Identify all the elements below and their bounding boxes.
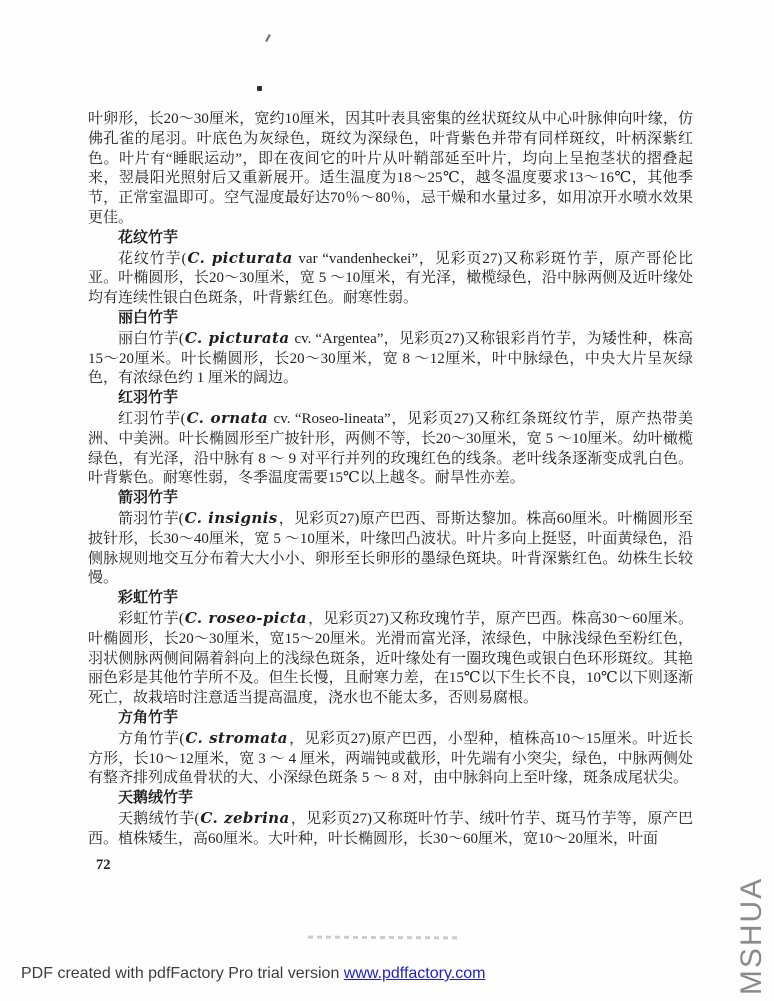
latin-species-name: C. roseo-picta <box>184 609 308 627</box>
latin-species-name: C. ornata <box>186 409 270 427</box>
latin-species-name: C. insignis <box>184 509 279 527</box>
pdffactory-link[interactable]: www.pdffactory.com <box>344 965 486 982</box>
pdf-footer: PDF created with pdfFactory Pro trial ve… <box>21 965 485 983</box>
section-heading: 花纹竹芋 <box>88 229 693 249</box>
intro-paragraph: 叶卵形，长20～30厘米，宽约10厘米，因其叶表具密集的丝状斑纹从中心叶脉伸向叶… <box>88 110 693 229</box>
paragraph-text: 花纹竹芋( <box>118 251 187 267</box>
scan-artifact-line <box>308 936 458 940</box>
species-section: 花纹竹芋花纹竹芋(C. picturata var “vandenheckei”… <box>88 229 693 309</box>
paragraph-text: 红羽竹芋( <box>118 411 186 427</box>
scanned-page: 叶卵形，长20～30厘米，宽约10厘米，因其叶表具密集的丝状斑纹从中心叶脉伸向叶… <box>0 0 774 1001</box>
scan-artifact-dot <box>257 86 262 91</box>
section-paragraph: 方角竹芋(C. stromata，见彩页27)原产巴西，小型种，植株高10～15… <box>88 729 693 789</box>
watermark-mshua: MSHUA <box>734 876 770 996</box>
paragraph-text: 彩虹竹芋( <box>118 611 184 627</box>
species-section: 彩虹竹芋彩虹竹芋(C. roseo-picta，见彩页27)又称玫瑰竹芋，原产巴… <box>88 589 693 709</box>
paragraph-text: 方角竹芋( <box>118 731 184 747</box>
section-heading: 箭羽竹芋 <box>88 489 693 509</box>
section-paragraph: 天鹅绒竹芋(C. zebrina，见彩页27)又称斑叶竹芋、绒叶竹芋、斑马竹芋等… <box>88 809 693 850</box>
scan-artifact-speck <box>265 34 271 42</box>
section-heading: 天鹅绒竹芋 <box>88 789 693 809</box>
latin-species-name: C. picturata <box>187 249 294 267</box>
section-paragraph: 花纹竹芋(C. picturata var “vandenheckei”，见彩页… <box>88 249 693 309</box>
page-number: 72 <box>96 857 111 874</box>
species-sections: 花纹竹芋花纹竹芋(C. picturata var “vandenheckei”… <box>88 229 693 850</box>
latin-species-name: C. stromata <box>184 729 288 747</box>
section-heading: 丽白竹芋 <box>88 309 693 329</box>
species-section: 天鹅绒竹芋天鹅绒竹芋(C. zebrina，见彩页27)又称斑叶竹芋、绒叶竹芋、… <box>88 789 693 849</box>
species-section: 丽白竹芋丽白竹芋(C. picturata cv. “Argentea”，见彩页… <box>88 309 693 389</box>
section-heading: 彩虹竹芋 <box>88 589 693 609</box>
paragraph-text: 天鹅绒竹芋( <box>118 811 199 827</box>
section-paragraph: 箭羽竹芋(C. insignis，见彩页27)原产巴西、哥斯达黎加。株高60厘米… <box>88 509 693 589</box>
section-heading: 方角竹芋 <box>88 709 693 729</box>
latin-species-name: C. zebrina <box>199 809 290 827</box>
species-section: 方角竹芋方角竹芋(C. stromata，见彩页27)原产巴西，小型种，植株高1… <box>88 709 693 789</box>
page-content: 叶卵形，长20～30厘米，宽约10厘米，因其叶表具密集的丝状斑纹从中心叶脉伸向叶… <box>88 110 693 849</box>
paragraph-text: 箭羽竹芋( <box>118 511 184 527</box>
section-paragraph: 丽白竹芋(C. picturata cv. “Argentea”，见彩页27)又… <box>88 329 693 389</box>
species-section: 红羽竹芋红羽竹芋(C. ornata cv. “Roseo-lineata”，见… <box>88 389 693 489</box>
section-paragraph: 彩虹竹芋(C. roseo-picta，见彩页27)又称玫瑰竹芋，原产巴西。株高… <box>88 609 693 709</box>
latin-species-name: C. picturata <box>184 329 291 347</box>
paragraph-text: 丽白竹芋( <box>118 331 184 347</box>
footer-text: PDF created with pdfFactory Pro trial ve… <box>21 965 344 982</box>
section-heading: 红羽竹芋 <box>88 389 693 409</box>
section-paragraph: 红羽竹芋(C. ornata cv. “Roseo-lineata”，见彩页27… <box>88 409 693 489</box>
species-section: 箭羽竹芋箭羽竹芋(C. insignis，见彩页27)原产巴西、哥斯达黎加。株高… <box>88 489 693 589</box>
